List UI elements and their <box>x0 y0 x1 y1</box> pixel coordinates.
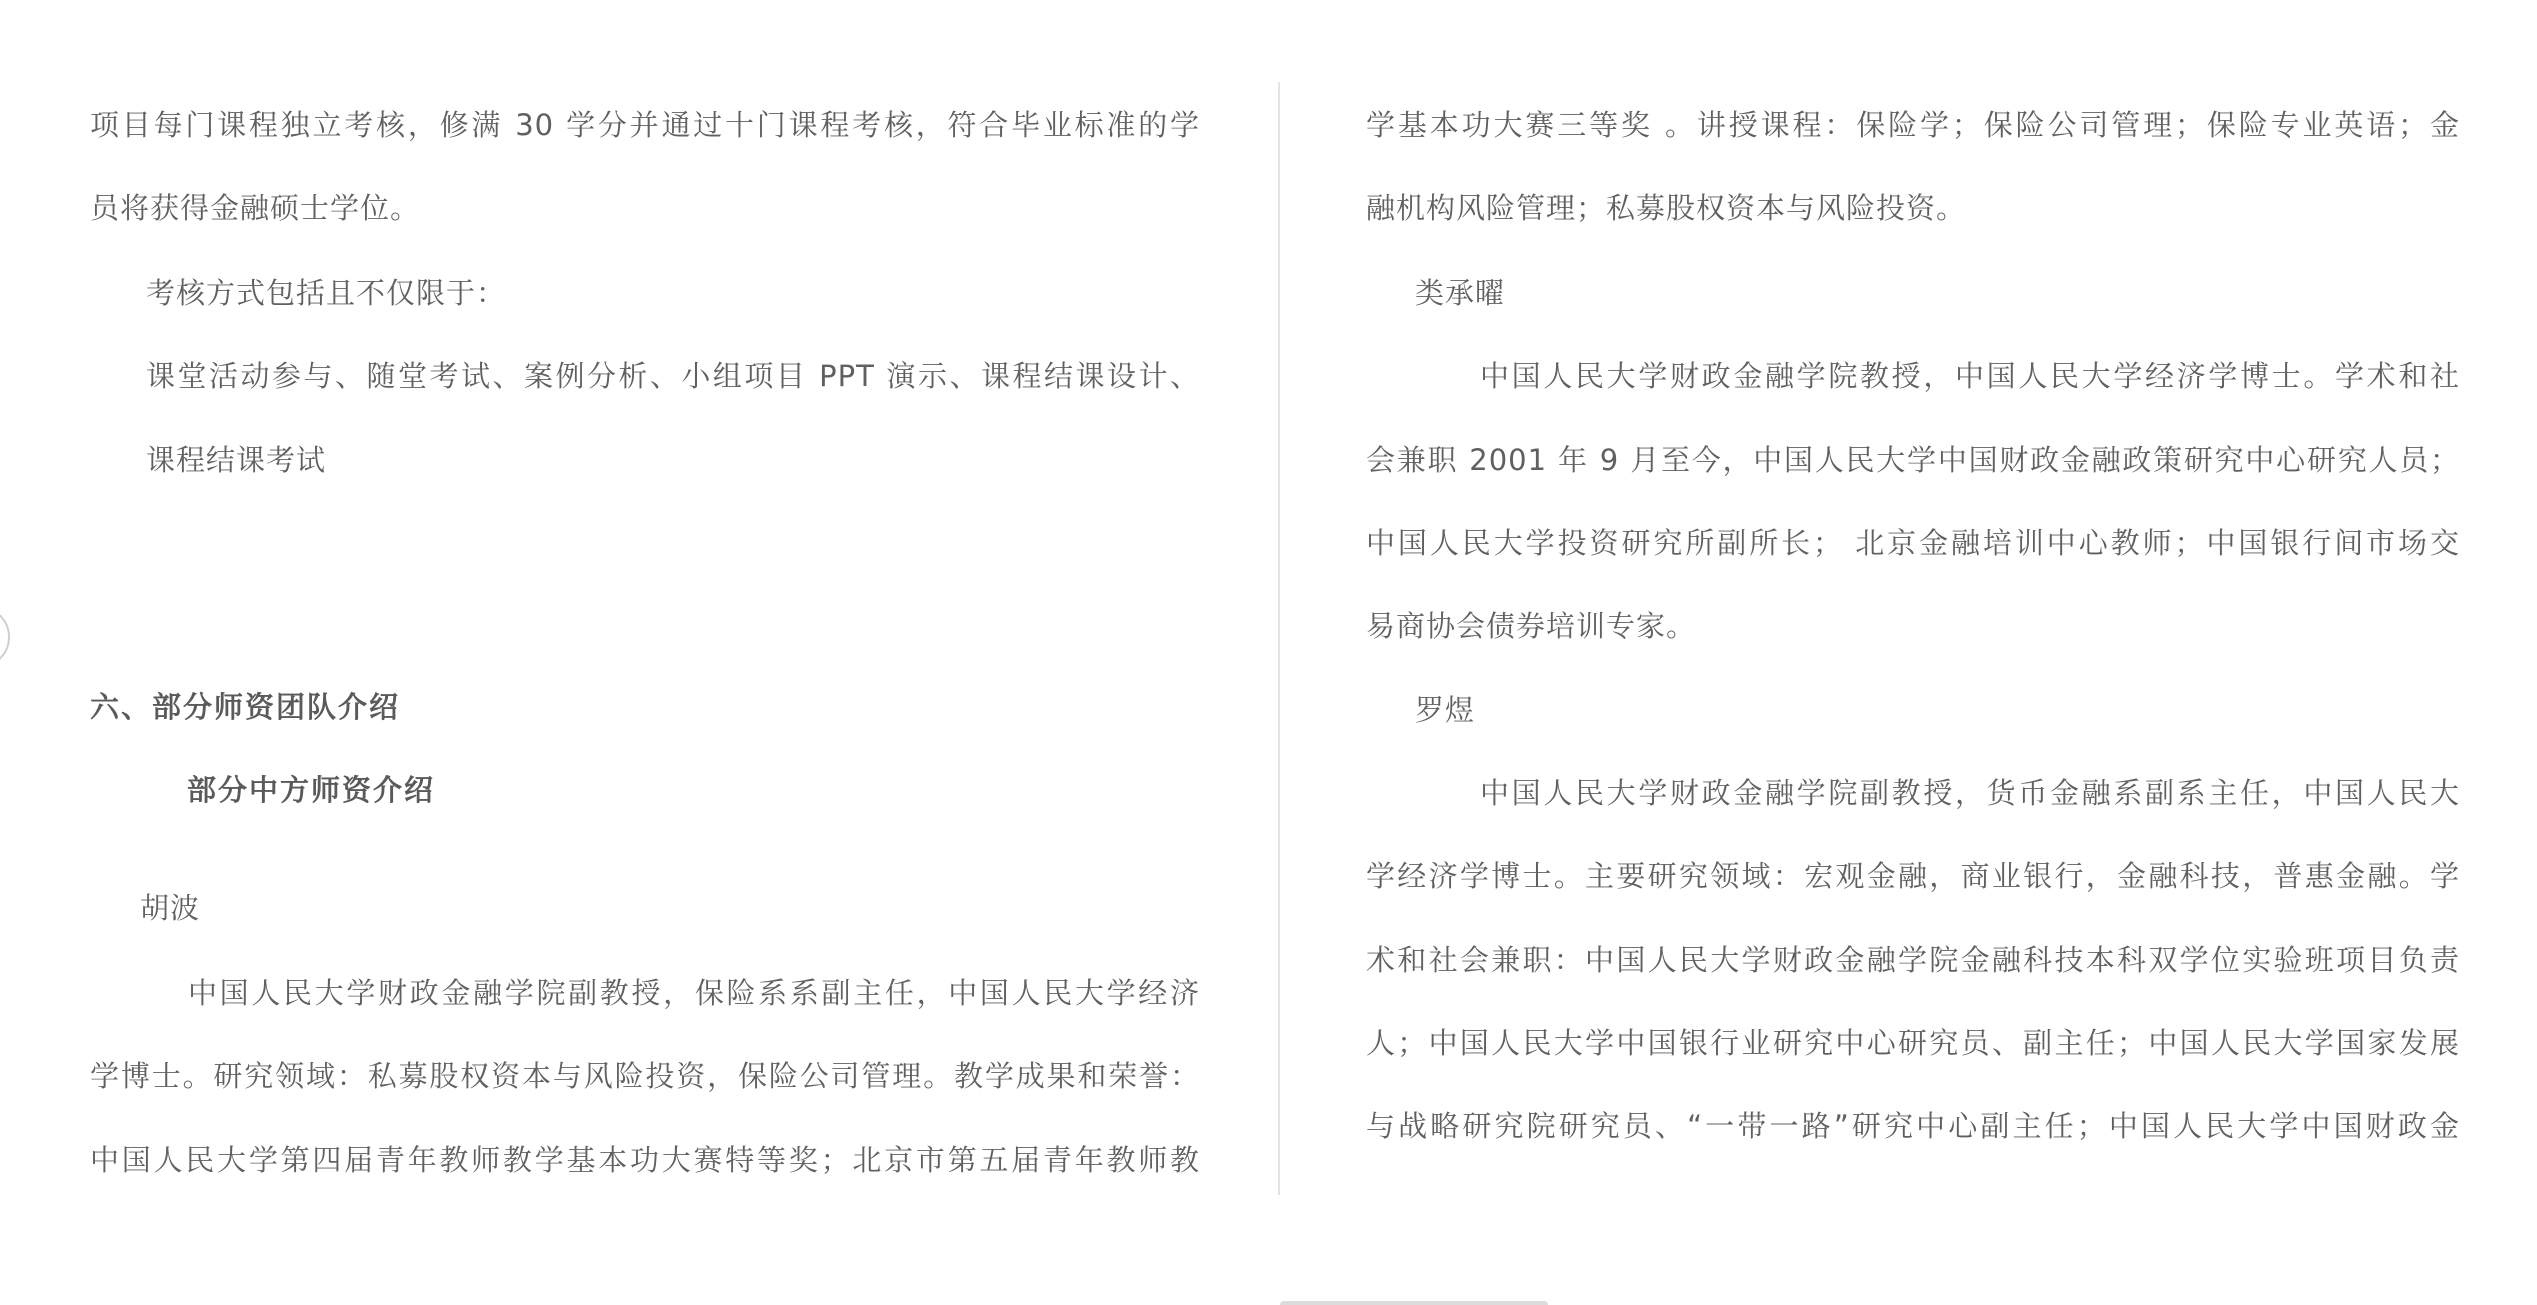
paragraph-line: 考核方式包括且不仅限于： <box>146 273 506 313</box>
document-spread: 项目每门课程独立考核，修满 30 学分并通过十门课程考核，符合毕业标准的学 员将… <box>0 0 2537 1305</box>
faculty-bio-line: 中国人民大学财政金融学院副教授，货币金融系副系主任，中国人民大 <box>1480 773 2460 813</box>
faculty-bio-line: 中国人民大学第四届青年教师教学基本功大赛特等奖；北京市第五届青年教师教 <box>90 1140 1200 1180</box>
prev-page-button[interactable] <box>0 606 10 668</box>
faculty-name: 胡波 <box>140 888 200 928</box>
faculty-bio-line: 学经济学博士。主要研究领域：宏观金融，商业银行，金融科技，普惠金融。学 <box>1366 856 2460 896</box>
paragraph-line: 课程结课考试 <box>146 440 326 480</box>
faculty-name: 罗煜 <box>1415 690 1475 730</box>
paragraph-line: 融机构风险管理；私募股权资本与风险投资。 <box>1366 188 1966 228</box>
paragraph-line: 员将获得金融硕士学位。 <box>90 188 420 228</box>
faculty-bio-line: 与战略研究院研究员、“一带一路”研究中心副主任；中国人民大学中国财政金 <box>1366 1106 2460 1146</box>
faculty-bio-line: 术和社会兼职：中国人民大学财政金融学院金融科技本科双学位实验班项目负责 <box>1366 940 2460 980</box>
faculty-bio-line: 人；中国人民大学中国银行业研究中心研究员、副主任；中国人民大学国家发展 <box>1366 1023 2460 1063</box>
paragraph-line: 课堂活动参与、随堂考试、案例分析、小组项目 PPT 演示、课程结课设计、 <box>146 356 1200 396</box>
faculty-bio-line: 易商协会债券培训专家。 <box>1366 606 1696 646</box>
horizontal-scrollbar[interactable] <box>1280 1301 1548 1305</box>
section-heading: 六、部分师资团队介绍 <box>90 687 400 727</box>
sub-heading: 部分中方师资介绍 <box>187 770 435 810</box>
faculty-bio-line: 中国人民大学投资研究所副所长； 北京金融培训中心教师；中国银行间市场交 <box>1366 523 2460 563</box>
faculty-bio-line: 中国人民大学财政金融学院副教授，保险系系副主任，中国人民大学经济 <box>188 973 1200 1013</box>
paragraph-line: 学基本功大赛三等奖 。讲授课程：保险学；保险公司管理；保险专业英语；金 <box>1366 105 2460 145</box>
faculty-name: 类承曜 <box>1415 273 1505 313</box>
faculty-bio-line: 学博士。研究领域：私募股权资本与风险投资，保险公司管理。教学成果和荣誉： <box>90 1056 1200 1096</box>
faculty-bio-line: 中国人民大学财政金融学院教授，中国人民大学经济学博士。学术和社 <box>1480 356 2460 396</box>
column-divider <box>1278 82 1280 1195</box>
paragraph-line: 项目每门课程独立考核，修满 30 学分并通过十门课程考核，符合毕业标准的学 <box>90 105 1200 145</box>
faculty-bio-line: 会兼职 2001 年 9 月至今，中国人民大学中国财政金融政策研究中心研究人员； <box>1366 440 2460 480</box>
